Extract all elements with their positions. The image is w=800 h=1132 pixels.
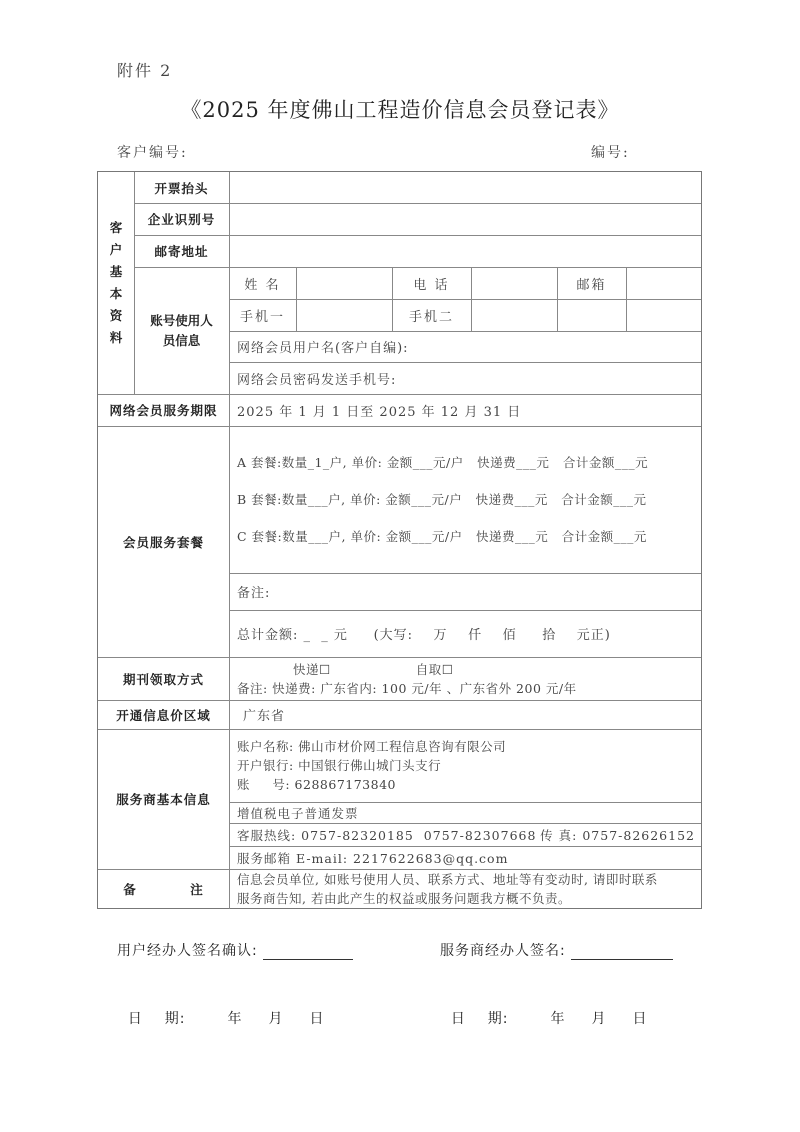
user-signature-row: 用户经办人签名确认: — [117, 940, 353, 960]
total-amount-field[interactable]: 总计金额: _ _ 元 (大写: 万 仟 佰 拾 元正) — [229, 610, 701, 657]
extra-field[interactable] — [557, 299, 626, 331]
month-label: 月 — [268, 1011, 283, 1027]
user-date-row[interactable]: 日 期:年月日 — [117, 992, 324, 1028]
mail-address-field[interactable] — [229, 235, 701, 267]
bank-name: 开户银行: 中国银行佛山城门头支行 — [237, 756, 441, 775]
mobile2-label: 手机二 — [392, 299, 471, 331]
tax-id-label: 企业识别号 — [134, 203, 229, 235]
provider-signature-label: 服务商经办人签名: — [440, 943, 566, 959]
provider-date-row[interactable]: 日 期:年月日 — [440, 992, 647, 1028]
mail-address-label: 邮寄地址 — [134, 235, 229, 267]
service-period-label: 网络会员服务期限 — [98, 394, 229, 426]
account-number: 账 号: 628867173840 — [237, 775, 396, 794]
package-remark-field[interactable]: 备注: — [229, 573, 701, 610]
day-label: 日 — [632, 1011, 647, 1027]
member-packages-label: 会员服务套餐 — [98, 426, 229, 657]
month-label: 月 — [591, 1011, 606, 1027]
provider-signature-row: 服务商经办人签名: — [440, 940, 673, 960]
year-label: 年 — [227, 1011, 242, 1027]
attachment-label: 附件 2 — [117, 58, 172, 81]
phone-field[interactable] — [471, 267, 557, 299]
email-field[interactable] — [626, 267, 701, 299]
mobile2-field[interactable] — [471, 299, 557, 331]
mobile1-label: 手机一 — [229, 299, 296, 331]
remarks-line: 信息会员单位, 如账号使用人员、联系方式、地址等有变动时, 请即时联系 — [237, 870, 658, 889]
pickup-checkbox[interactable]: 自取☐ — [416, 662, 454, 677]
customer-number-label: 客户编号: — [117, 142, 188, 162]
region-label: 开通信息价区域 — [98, 700, 229, 729]
member-username-field[interactable]: 网络会员用户名(客户自编): — [229, 331, 701, 362]
remarks-label: 备 注 — [98, 869, 229, 909]
date-label: 日 期: — [128, 1011, 186, 1027]
user-signature-label: 用户经办人签名确认: — [117, 943, 258, 959]
label-char: 基 — [110, 261, 123, 283]
remarks-line: 服务商告知, 若由此产生的权益或服务问题我方概不负责。 — [237, 889, 571, 908]
label-char: 户 — [110, 239, 123, 261]
name-label: 姓 名 — [229, 267, 296, 299]
form-number-label: 编号: — [591, 142, 630, 162]
customer-basic-info-label: 客 户 基 本 资 料 — [98, 172, 134, 394]
label-line: 账号使用人 — [150, 311, 213, 331]
label-char: 客 — [110, 217, 123, 239]
remarks-text: 信息会员单位, 如账号使用人员、联系方式、地址等有变动时, 请即时联系 服务商告… — [229, 869, 701, 909]
extra-field[interactable] — [626, 299, 701, 331]
page-title: 《2025 年度佛山工程造价信息会员登记表》 — [0, 94, 800, 124]
password-phone-field[interactable]: 网络会员密码发送手机号: — [229, 362, 701, 394]
express-checkbox[interactable]: 快递☐ — [293, 662, 331, 677]
package-options[interactable]: A 套餐:数量_1_户, 单价: 金额___元/户 快递费___元 合计金额__… — [229, 426, 701, 573]
hotline-row: 客服热线: 0757-82320185 0757-82307668 传 真: 0… — [229, 823, 701, 846]
provider-signature-line[interactable] — [571, 945, 673, 960]
label-char: 资 — [110, 305, 123, 327]
invoice-title-label: 开票抬头 — [134, 172, 229, 203]
service-period-value: 2025 年 1 月 1 日至 2025 年 12 月 31 日 — [229, 394, 701, 426]
tax-id-field[interactable] — [229, 203, 701, 235]
day-label: 日 — [309, 1011, 324, 1027]
user-signature-line[interactable] — [263, 945, 353, 960]
package-b[interactable]: B 套餐:数量___户, 单价: 金额___元/户 快递费___元 合计金额__… — [237, 481, 647, 518]
hotline: 客服热线: 0757-82320185 0757-82307668 — [237, 826, 536, 844]
phone-label: 电 话 — [392, 267, 471, 299]
provider-info-label: 服务商基本信息 — [98, 729, 229, 869]
account-user-info-label: 账号使用人 员信息 — [134, 267, 229, 394]
year-label: 年 — [550, 1011, 565, 1027]
fax: 传 真: 0757-82626152 — [540, 826, 695, 844]
region-value: 广东省 — [229, 700, 701, 729]
journal-pickup-label: 期刊领取方式 — [98, 657, 229, 700]
name-field[interactable] — [296, 267, 392, 299]
registration-form-table: 客 户 基 本 资 料 开票抬头 企业识别号 邮寄地址 账号使用人 员信息 姓 … — [97, 171, 702, 909]
package-c[interactable]: C 套餐:数量___户, 单价: 金额___元/户 快递费___元 合计金额__… — [237, 518, 647, 555]
label-char: 料 — [110, 327, 123, 349]
provider-bank-info: 账户名称: 佛山市材价网工程信息咨询有限公司 开户银行: 中国银行佛山城门头支行… — [229, 729, 701, 802]
account-name: 账户名称: 佛山市材价网工程信息咨询有限公司 — [237, 737, 506, 756]
mobile1-field[interactable] — [296, 299, 392, 331]
invoice-title-field[interactable] — [229, 172, 701, 203]
label-line: 员信息 — [163, 331, 201, 351]
shipping-fee-note: 备注: 快递费: 广东省内: 100 元/年 、广东省外 200 元/年 — [237, 679, 577, 698]
label-char: 本 — [110, 283, 123, 305]
invoice-type: 增值税电子普通发票 — [229, 802, 701, 823]
journal-pickup-options: 快递☐ 自取☐ 备注: 快递费: 广东省内: 100 元/年 、广东省外 200… — [229, 657, 701, 700]
date-label: 日 期: — [451, 1011, 509, 1027]
service-email[interactable]: 服务邮箱 E-mail: 2217622683@qq.com — [229, 846, 701, 869]
package-a[interactable]: A 套餐:数量_1_户, 单价: 金额___元/户 快递费___元 合计金额__… — [237, 444, 648, 481]
email-label: 邮箱 — [557, 267, 626, 299]
